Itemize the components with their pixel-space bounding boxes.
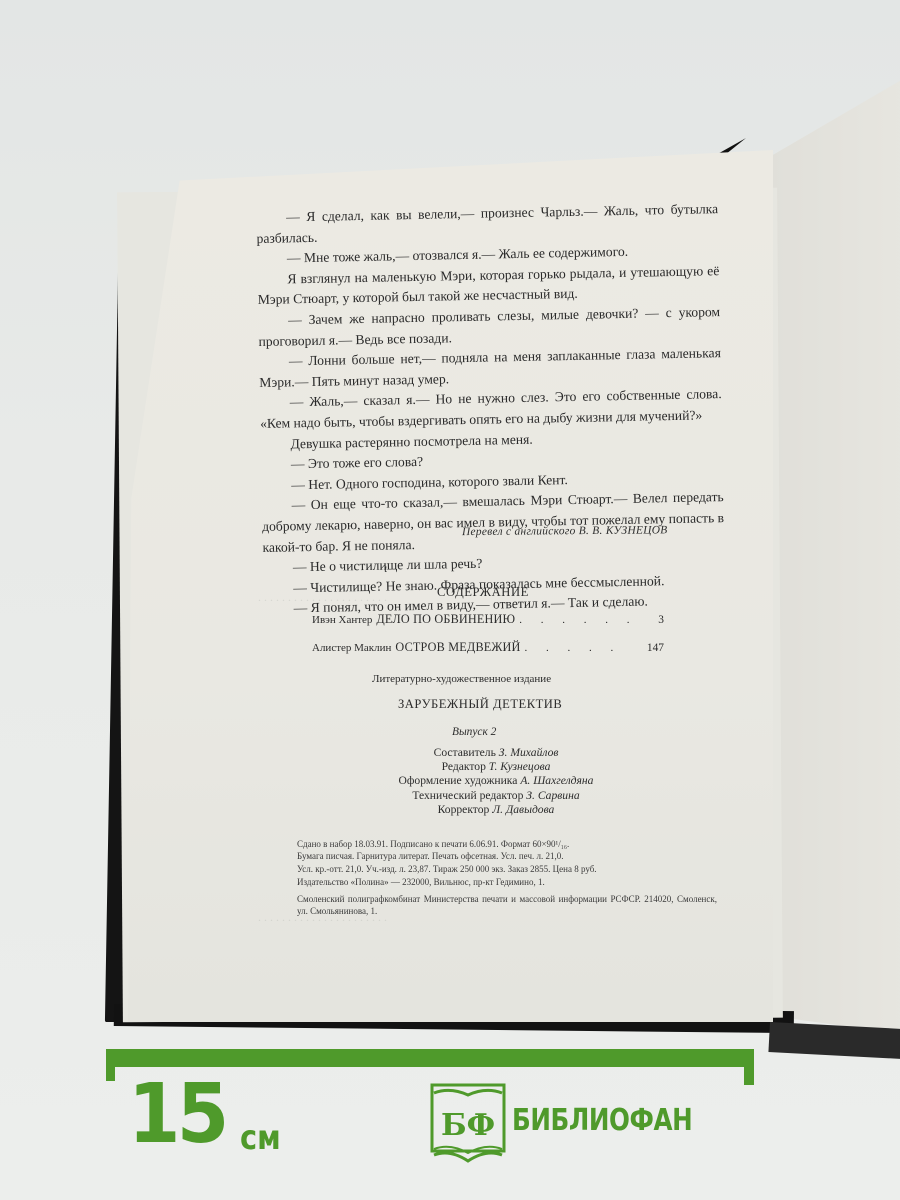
table-of-contents: Ивэн Хантер ДЕЛО ПО ОБВИНЕНИЮ . . . . . … bbox=[312, 612, 664, 668]
toc-work-title: ОСТРОВ МЕДВЕЖИЙ bbox=[395, 640, 520, 655]
credit-role: Составитель bbox=[434, 746, 496, 759]
credits-list: Составитель З. Михайлов Редактор Т. Кузн… bbox=[380, 746, 612, 817]
toc-author: Ивэн Хантер bbox=[312, 614, 372, 626]
publisher-address: Издательство «Полина» — 232000, Вильнюс,… bbox=[297, 877, 545, 887]
ruler-right-tick bbox=[744, 1049, 754, 1085]
size-unit: см bbox=[240, 1118, 281, 1158]
imprint-line: Бумага писчая. Гарнитура литерат. Печать… bbox=[297, 850, 717, 862]
contents-heading: СОДЕРЖАНИЕ bbox=[437, 585, 529, 600]
brand-name: БИБЛИОФАН bbox=[512, 1103, 692, 1138]
credit-role: Редактор bbox=[442, 760, 486, 773]
toc-entry: Алистер Маклин ОСТРОВ МЕДВЕЖИЙ . . . . .… bbox=[312, 640, 664, 668]
ruler-left-tick bbox=[106, 1049, 115, 1081]
credit-name: А. Шахгелдяна bbox=[520, 774, 593, 787]
translator-credit: Перевел с английского В. В. КУЗНЕЦОВ bbox=[462, 524, 722, 538]
credit-role: Оформление художника bbox=[399, 774, 518, 787]
open-book-logo-icon: БФ bbox=[430, 1083, 506, 1165]
ruler-bar bbox=[106, 1049, 754, 1067]
toc-author: Алистер Маклин bbox=[312, 642, 391, 654]
book-cover-right-edge bbox=[768, 1022, 900, 1059]
credit-line: Технический редактор З. Сарвина bbox=[380, 789, 612, 803]
credit-name: Л. Давыдова bbox=[492, 803, 554, 816]
size-value: 15 bbox=[128, 1070, 226, 1160]
story-ending-text: — Я сделал, как вы велели,— произнес Чар… bbox=[256, 199, 726, 620]
credit-line: Редактор Т. Кузнецова bbox=[380, 760, 612, 774]
credit-role: Технический редактор bbox=[412, 789, 523, 802]
logo-letters: БФ bbox=[441, 1108, 495, 1143]
credit-line: Корректор Л. Давыдова bbox=[380, 803, 612, 817]
paragraph: — Он еще что-то сказал,— вмешалась Мэри … bbox=[262, 487, 725, 558]
toc-page-number: 3 bbox=[630, 614, 664, 626]
credit-name: З. Михайлов bbox=[499, 746, 559, 759]
printer-address: Смоленский полиграфкомбинат Министерства… bbox=[297, 894, 717, 917]
imprint-line: Усл. кр.-отт. 21,0. Уч.-изд. л. 23,87. Т… bbox=[297, 863, 717, 875]
stray-print-mark: ι bbox=[384, 561, 387, 576]
imprint-line: Сдано в набор 18.03.91. Подписано к печа… bbox=[297, 838, 717, 850]
photo-scene: . . . . . . . . . . . . . . . . . . . . … bbox=[0, 0, 900, 1200]
series-title: ЗАРУБЕЖНЫЙ ДЕТЕКТИВ bbox=[398, 697, 562, 712]
credit-name: Т. Кузнецова bbox=[489, 760, 551, 773]
right-page-edge bbox=[770, 75, 900, 1035]
credit-line: Оформление художника А. Шахгелдяна bbox=[380, 774, 612, 788]
edition-type: Литературно-художественное издание bbox=[372, 673, 551, 685]
toc-work-title: ДЕЛО ПО ОБВИНЕНИЮ bbox=[376, 612, 515, 627]
toc-leader-dots: . . . . . . bbox=[519, 614, 630, 626]
print-imprint: Сдано в набор 18.03.91. Подписано к печа… bbox=[297, 838, 717, 875]
toc-leader-dots: . . . . . . bbox=[525, 642, 630, 654]
toc-entry: Ивэн Хантер ДЕЛО ПО ОБВИНЕНИЮ . . . . . … bbox=[312, 612, 664, 640]
issue-number: Выпуск 2 bbox=[452, 726, 496, 738]
credit-name: З. Сарвина bbox=[526, 789, 579, 802]
toc-page-number: 147 bbox=[630, 642, 664, 654]
credit-role: Корректор bbox=[438, 803, 490, 816]
credit-line: Составитель З. Михайлов bbox=[380, 746, 612, 760]
